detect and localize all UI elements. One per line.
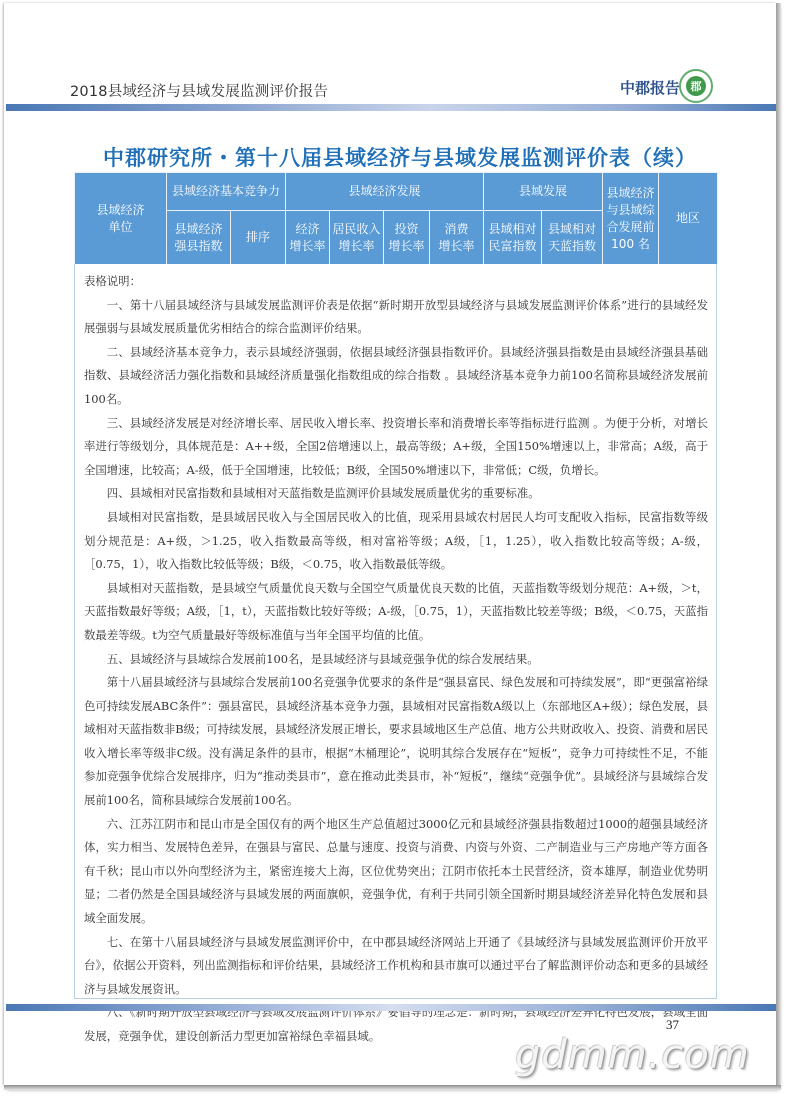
note-paragraph: 第十八届县域经济与县域综合发展前100名竞强争优要求的条件是“强县富民、绿色发展… [84,671,708,813]
column-header-consumption-growth: 消费 增长率 [430,211,484,265]
evaluation-table-header: 县域经济 单位 县域经济基本竞争力 县域经济发展 县域发展 县域经济 与县域综 … [74,172,717,264]
footer-divider-band [6,1004,776,1011]
notes-heading: 表格说明： [84,270,708,294]
page-number: 37 [666,1017,679,1033]
note-paragraph: 县域相对天蓝指数，是县域空气质量优良天数与全国空气质量优良天数的比值，天蓝指数等… [84,577,708,648]
column-header-rank: 排序 [231,211,286,265]
watermark: gdmm.com [515,1032,750,1078]
page-edge-shadow [4,1085,781,1090]
page-edge-shadow [776,3,781,1088]
page-title: 中郡研究所・第十八届县域经济与县域发展监测评价表（续） [60,142,740,172]
column-header-region: 地区 [659,173,718,265]
report-running-title: 2018县域经济与县域发展监测评价报告 [70,80,328,101]
group-header-competitiveness: 县域经济基本竞争力 [167,173,286,211]
table-header-grid: 县域经济 单位 县域经济基本竞争力 县域经济发展 县域发展 县域经济 与县域综 … [74,172,718,265]
column-header-income-growth: 居民收入 增长率 [330,211,384,265]
column-header-unit: 县域经济 单位 [75,173,167,265]
note-paragraph: 五、县域经济与县域综合发展前100名，是县域经济与县域竞强争优的综合发展结果。 [84,648,708,672]
note-paragraph: 六、江苏江阴市和昆山市是全国仅有的两个地区生产总值超过3000亿元和县域经济强县… [84,813,708,931]
table-notes: 表格说明： 一、第十八届县域经济与县域发展监测评价表是依据“新时期开放型县域经济… [84,270,708,1049]
column-header-investment-growth: 投资 增长率 [384,211,430,265]
column-header-wealth-index: 县域相对 民富指数 [484,211,542,265]
note-paragraph: 二、县域经济基本竞争力，表示县域经济强弱，依据县域经济强县指数评价。县域经济强县… [84,341,708,412]
column-header-top100: 县域经济 与县域综 合发展前 100 名 [603,173,659,265]
note-paragraph: 一、第十八届县域经济与县域发展监测评价表是依据“新时期开放型县域经济与县域发展监… [84,294,708,341]
note-paragraph: 四、县域相对民富指数和县域相对天蓝指数是监测评价县域发展质量优劣的重要标准。 [84,482,708,506]
brand-name: 中郡报告 [620,77,680,98]
column-header-strength-index: 县域经济 强县指数 [167,211,231,265]
zhongjun-logo-icon: 郡 [679,69,713,103]
note-paragraph: 三、县域经济发展是对经济增长率、居民收入增长率、投资增长率和消费增长率等指标进行… [84,412,708,483]
note-paragraph: 七、在第十八届县域经济与县域发展监测评价中，在中郡县域经济网站上开通了《县域经济… [84,931,708,1002]
group-header-county-development: 县域发展 [484,173,603,211]
column-header-bluesky-index: 县域相对 天蓝指数 [542,211,603,265]
header-divider-band [6,104,776,111]
logo-glyph: 郡 [686,76,706,96]
group-header-economic-development: 县域经济发展 [286,173,484,211]
column-header-economic-growth: 经济 增长率 [286,211,330,265]
note-paragraph: 县域相对民富指数，是县域居民收入与全国居民收入的比值，现采用县域农村居民人均可支… [84,506,708,577]
